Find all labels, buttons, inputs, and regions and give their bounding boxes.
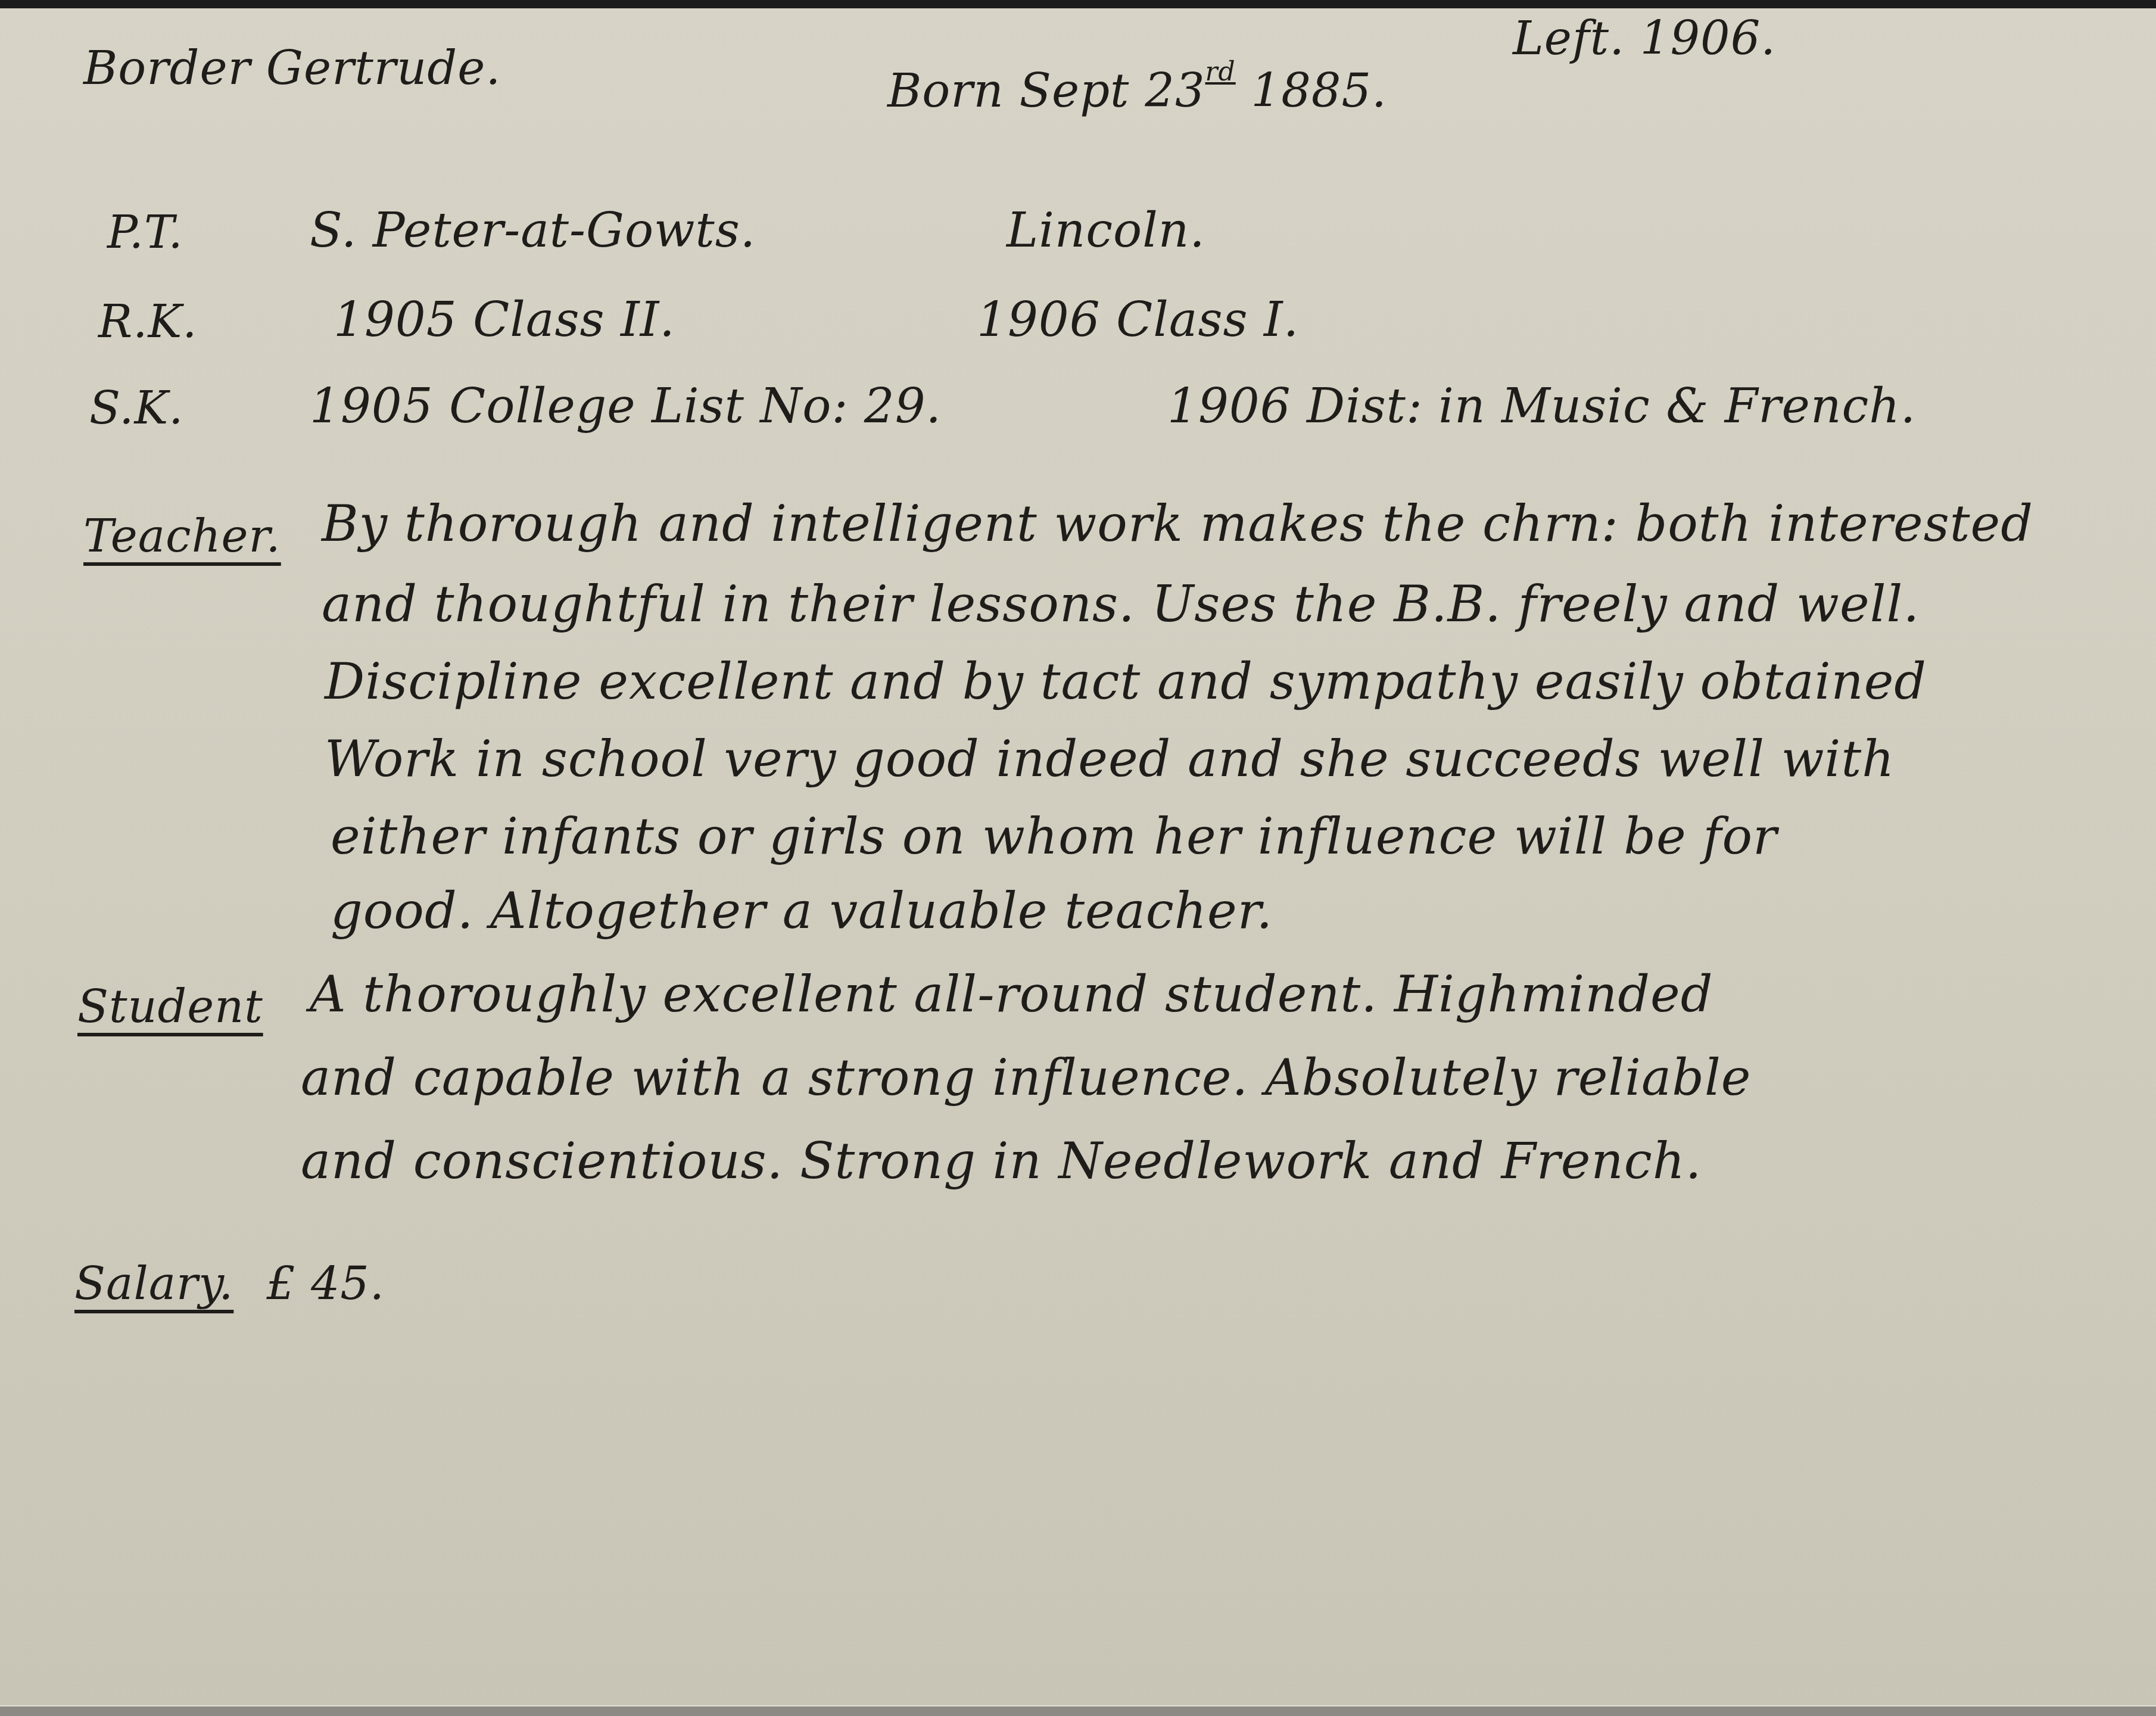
- top-edge-shadow: [0, 0, 2156, 8]
- teacher-line-1: By thorough and intelligent work makes t…: [322, 494, 2033, 553]
- left-year: Left. 1906.: [1513, 12, 1776, 66]
- record-label-pt: P.T.: [107, 205, 183, 259]
- birth-date-ordinal: rd: [1205, 57, 1236, 87]
- student-name: Border Gertrude.: [83, 42, 501, 95]
- salary-value: £ 45.: [267, 1257, 385, 1310]
- record-rk-1905: 1905 Class II.: [334, 292, 675, 347]
- birth-date: Born Sept 23rd 1885.: [887, 57, 1387, 118]
- record-pt-town: Lincoln.: [1007, 203, 1205, 258]
- record-sk-1906: 1906 Dist: in Music & French.: [1167, 378, 1916, 434]
- birth-year: 1885.: [1251, 64, 1387, 118]
- teacher-label: Teacher.: [83, 509, 281, 562]
- record-pt-school: S. Peter-at-Gowts.: [310, 203, 756, 258]
- salary-row: Salary. £ 45.: [74, 1257, 385, 1310]
- record-label-sk: S.K.: [89, 381, 183, 434]
- record-card: Border Gertrude. Born Sept 23rd 1885. Le…: [0, 0, 2156, 1716]
- record-label-rk: R.K.: [98, 295, 197, 348]
- salary-label: Salary.: [74, 1257, 233, 1310]
- teacher-line-4: Work in school very good indeed and she …: [325, 730, 1895, 788]
- student-label: Student: [77, 980, 263, 1033]
- teacher-line-6: good. Altogether a valuable teacher.: [331, 882, 1273, 940]
- record-sk-1905: 1905 College List No: 29.: [310, 378, 942, 434]
- teacher-line-3: Discipline excellent and by tact and sym…: [325, 652, 1927, 711]
- record-rk-1906: 1906 Class I.: [977, 292, 1299, 347]
- student-line-3: and conscientious. Strong in Needlework …: [301, 1132, 1702, 1190]
- birth-date-prefix: Born Sept 23: [887, 64, 1205, 118]
- bottom-edge: [0, 1705, 2156, 1716]
- teacher-line-2: and thoughtful in their lessons. Uses th…: [322, 575, 1920, 633]
- teacher-line-5: either infants or girls on whom her infl…: [331, 807, 1777, 865]
- student-line-1: A thoroughly excellent all-round student…: [310, 965, 1713, 1023]
- student-line-2: and capable with a strong influence. Abs…: [301, 1048, 1752, 1107]
